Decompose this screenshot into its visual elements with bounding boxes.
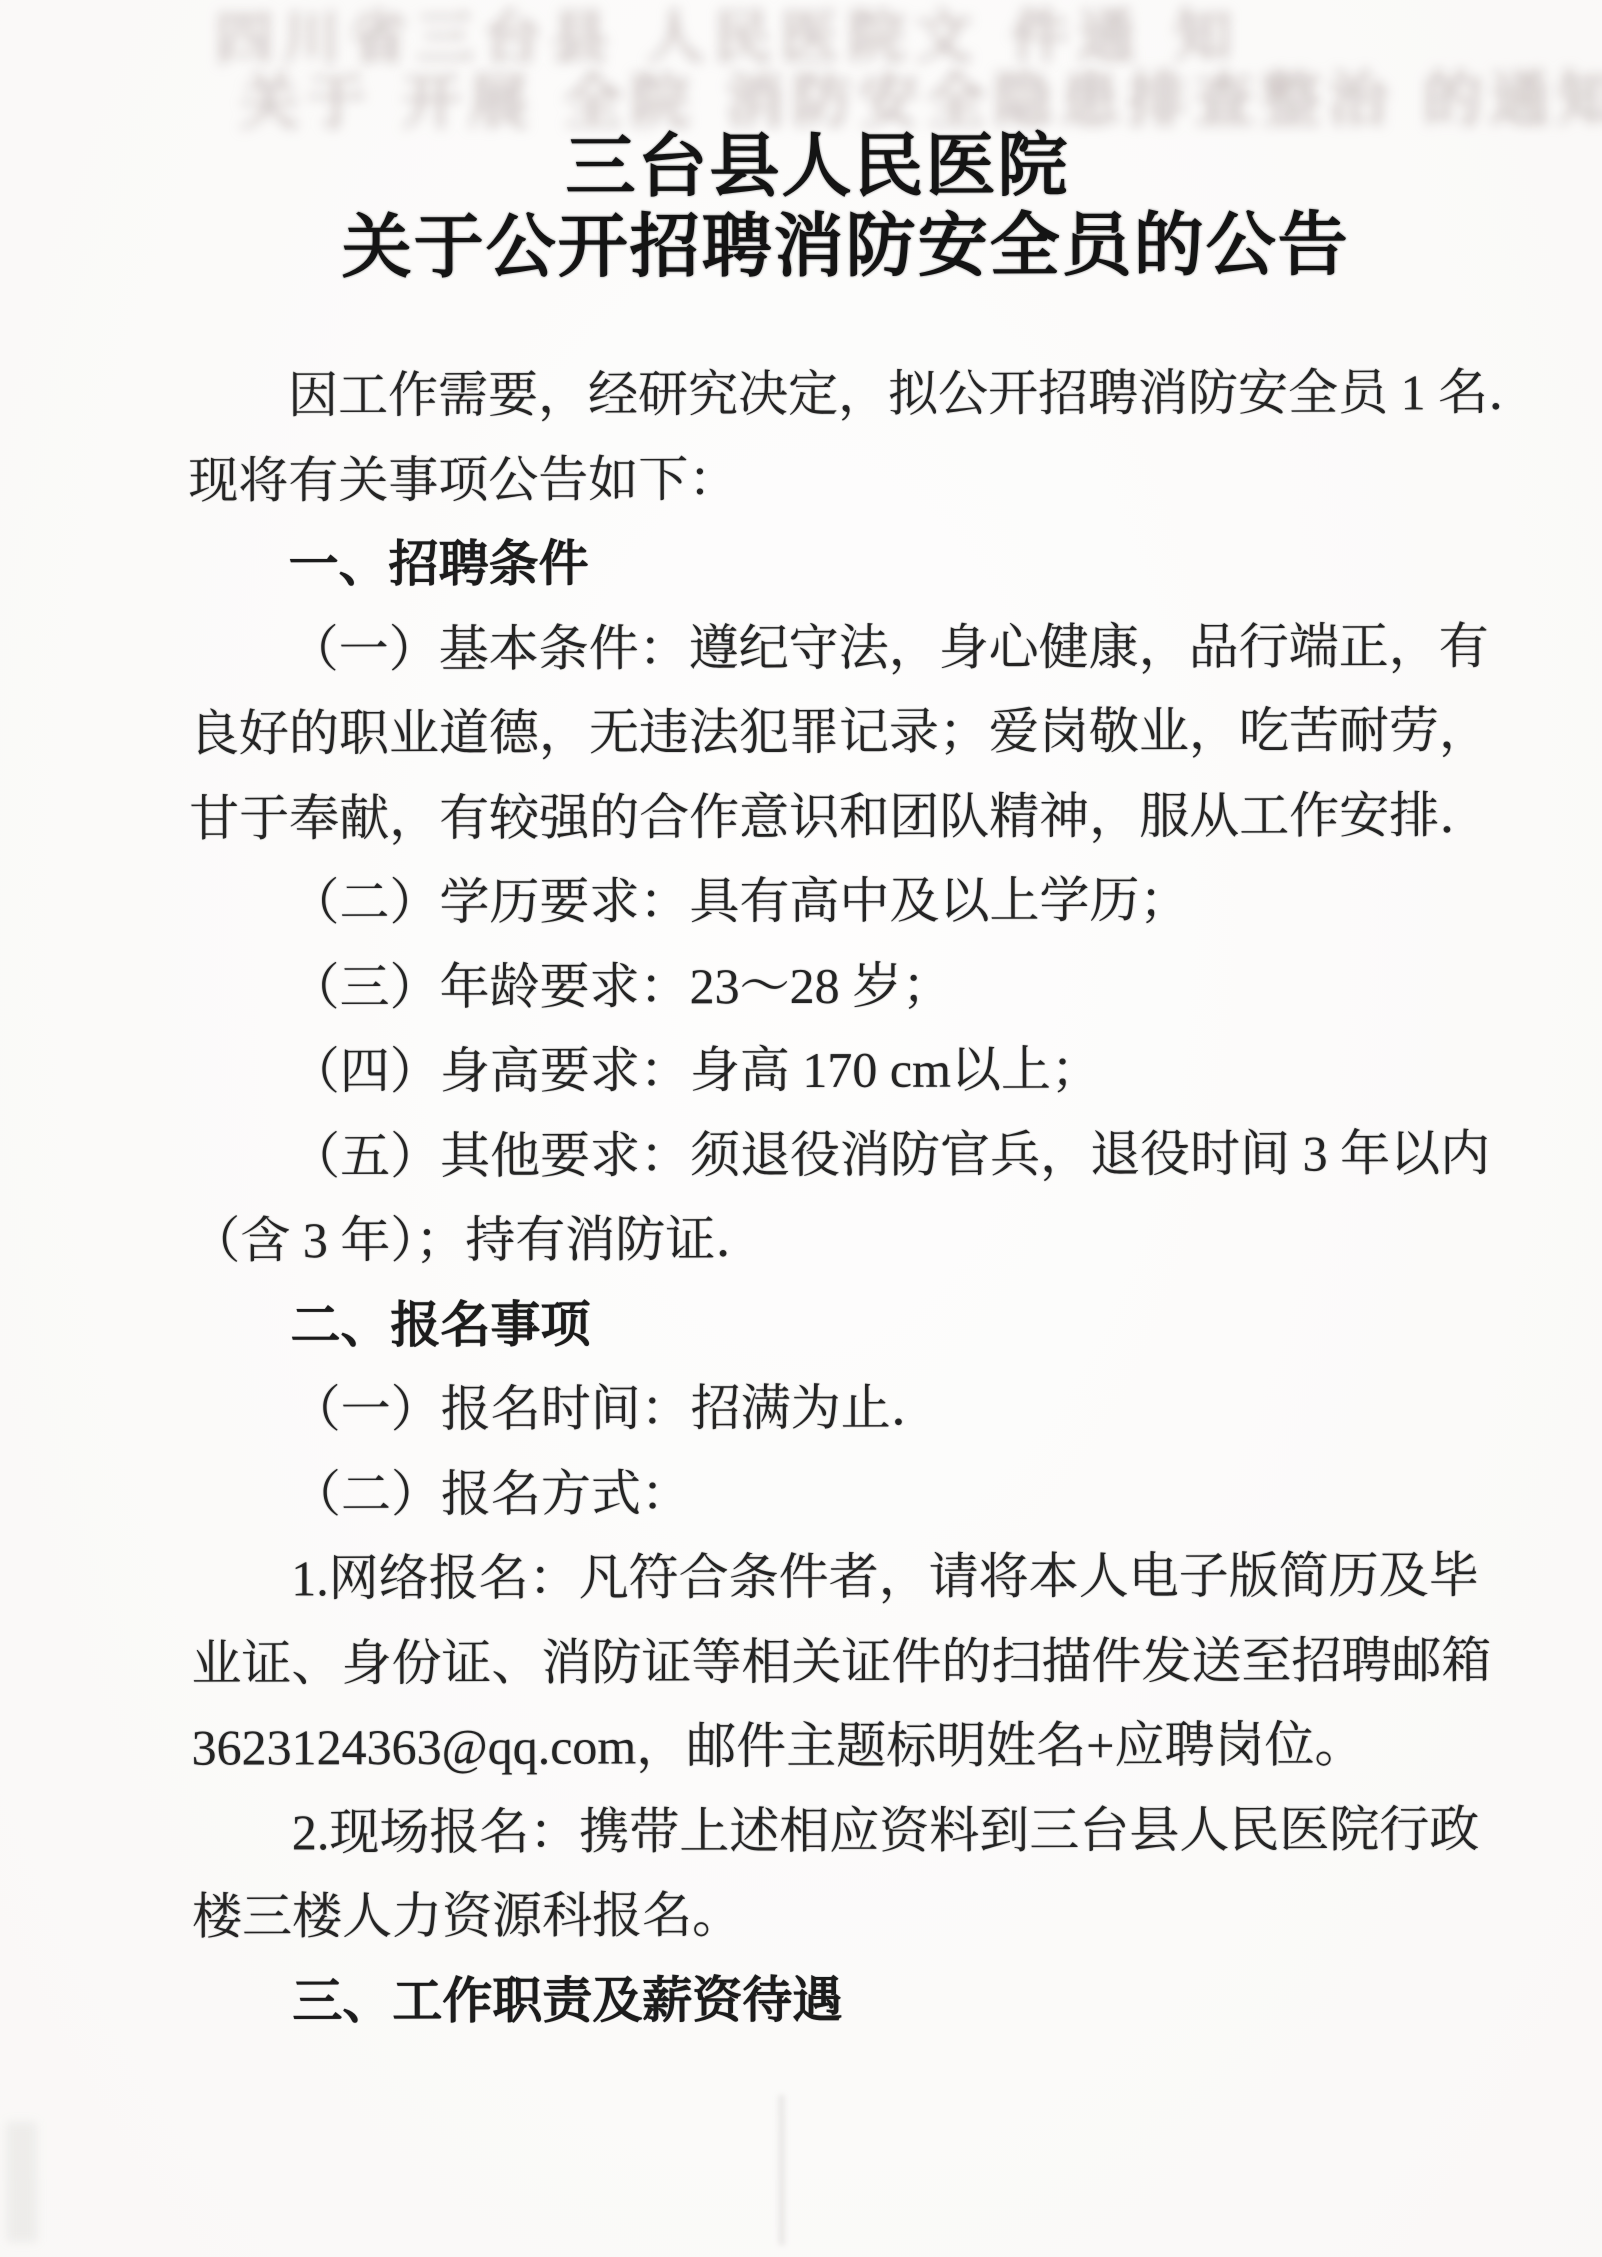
body-line: （二）报名方式： [191, 1449, 1501, 1537]
body-line: 2.现场报名：携带上述相应资料到三台县人民医院行政 [192, 1787, 1502, 1875]
body-line: （一）基本条件：遵纪守法，身心健康，品行端正，有 [189, 604, 1499, 692]
body-line: （一）报名时间：招满为止． [191, 1364, 1501, 1452]
body-line: 业证、身份证、消防证等相关证件的扫描件发送至招聘邮箱 [191, 1618, 1501, 1706]
body-line: 现将有关事项公告如下： [188, 435, 1498, 523]
body-line: （四）身高要求：身高 170 cm以上； [190, 1026, 1500, 1114]
document-body: 因工作需要，经研究决定，拟公开招聘消防安全员 1 名． 现将有关事项公告如下： … [188, 350, 1502, 2043]
document-sheet: 四川省三台县 人民医院文 件通 知 关于 开展 全院 消防安全隐患排查整治 的通… [0, 0, 1602, 2257]
body-line: 1.网络报名：凡符合条件者，请将本人电子版简历及毕 [191, 1533, 1501, 1621]
body-line: （三）年龄要求：23～28 岁； [190, 942, 1500, 1030]
body-line: （含 3 年）；持有消防证． [190, 1195, 1500, 1283]
document-title: 三台县人民医院 关于公开招聘消防安全员的公告 [97, 126, 1537, 290]
body-line-email: 3623124363@qq.com，邮件主题标明姓名+应聘岗位。 [192, 1702, 1502, 1790]
body-line: 良好的职业道德，无违法犯罪记录；爱岗敬业，吃苦耐劳， [189, 688, 1499, 776]
title-line-1: 三台县人民医院 [97, 126, 1537, 210]
section-heading-3: 三、工作职责及薪资待遇 [192, 1956, 1502, 2044]
body-line: （二）学历要求：具有高中及以上学历； [189, 857, 1499, 945]
body-line: 楼三楼人力资源科报名。 [192, 1871, 1502, 1959]
body-line: （五）其他要求：须退役消防官兵，退役时间 3 年以内 [190, 1111, 1500, 1199]
body-line: 甘于奉献，有较强的合作意识和团队精神，服从工作安排． [189, 773, 1499, 861]
section-heading-2: 二、报名事项 [190, 1280, 1500, 1368]
scanned-document-page: 四川省三台县 人民医院文 件通 知 关于 开展 全院 消防安全隐患排查整治 的通… [0, 0, 1602, 2257]
scan-smudge-artifact [7, 2122, 37, 2242]
body-line: 因工作需要，经研究决定，拟公开招聘消防安全员 1 名． [188, 350, 1498, 438]
scan-streak-artifact [779, 2095, 785, 2245]
section-heading-1: 一、招聘条件 [188, 519, 1498, 607]
title-line-2: 关于公开招聘消防安全员的公告 [126, 206, 1566, 290]
